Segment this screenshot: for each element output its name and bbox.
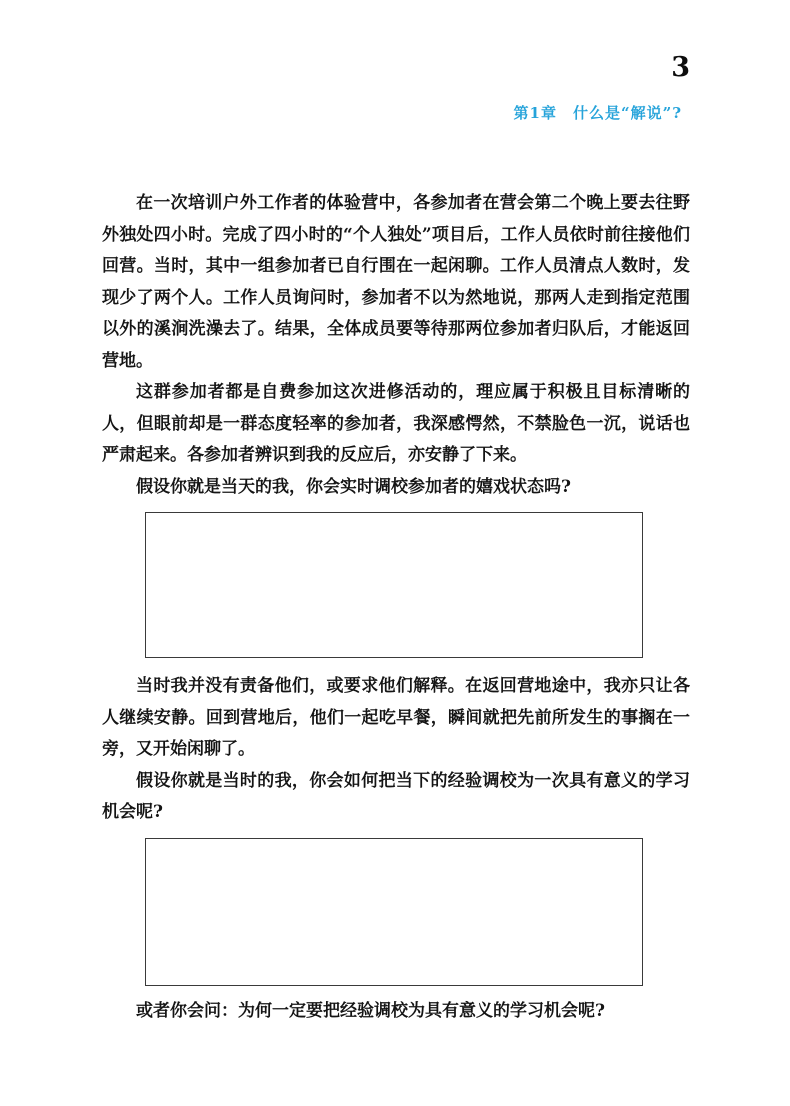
question-prompt-1: 假设你就是当天的我，你会实时调校参加者的嬉戏状态吗? — [102, 472, 690, 504]
paragraph-camp-story: 在一次培训户外工作者的体验营中，各参加者在营会第二个晚上要去往野外独处四小时。完… — [102, 188, 690, 377]
paragraph-reaction: 这群参加者都是自费参加这次进修活动的，理应属于积极且目标清晰的人，但眼前却是一群… — [102, 377, 690, 472]
chapter-header: 第1章 什么是“解说”? — [514, 102, 682, 123]
page-number: 3 — [671, 52, 690, 83]
question-closing: 或者你会问：为何一定要把经验调校为具有意义的学习机会呢? — [102, 996, 690, 1028]
paragraph-aftermath: 当时我并没有责备他们，或要求他们解释。在返回营地途中，我亦只让各人继续安静。回到… — [102, 671, 690, 766]
book-page: 3 第1章 什么是“解说”? 在一次培训户外工作者的体验营中，各参加者在营会第二… — [0, 0, 790, 1106]
answer-box-1 — [145, 512, 643, 658]
answer-box-2 — [145, 838, 643, 986]
page-body: 在一次培训户外工作者的体验营中，各参加者在营会第二个晚上要去往野外独处四小时。完… — [102, 188, 690, 1027]
question-prompt-2: 假设你就是当时的我，你会如何把当下的经验调校为一次具有意义的学习机会呢? — [102, 766, 690, 829]
